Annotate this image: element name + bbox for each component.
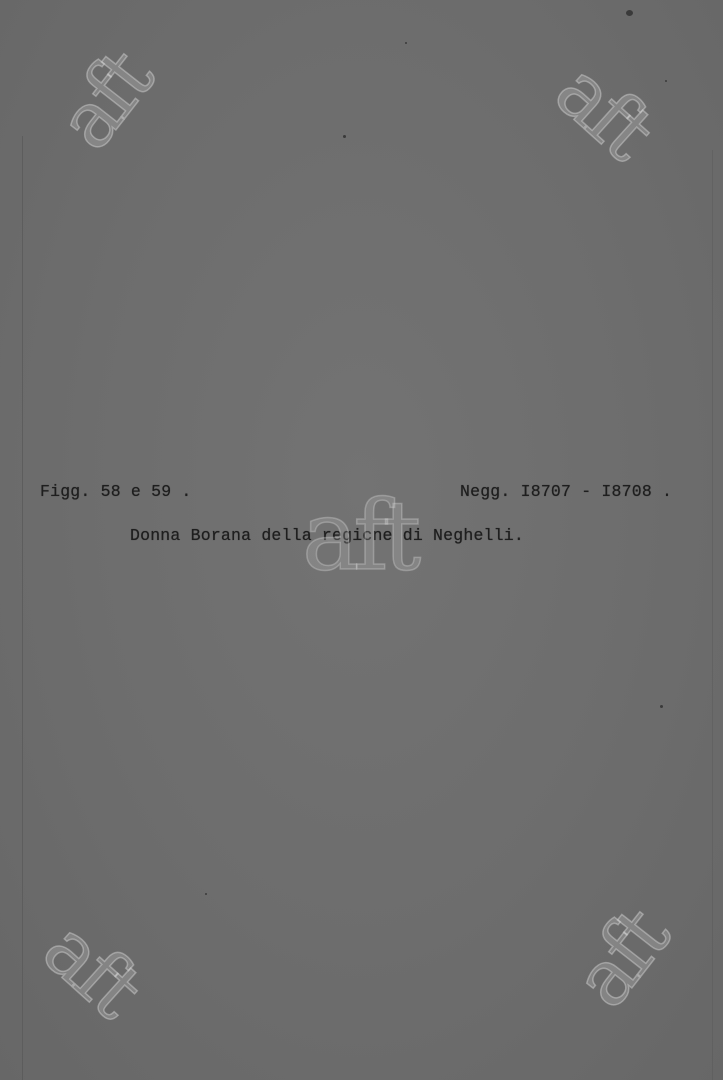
speck (405, 42, 407, 44)
right-edge-line (712, 150, 713, 1080)
speck (343, 135, 346, 138)
figure-reference: Figg. 58 e 59 . (40, 482, 192, 501)
watermark-top-left: aft (45, 40, 165, 163)
speck (660, 705, 663, 708)
speck (665, 80, 667, 82)
archival-card: aft aft aft aft Figg. 58 e 59 . Negg. I8… (0, 0, 723, 1080)
photo-caption: Donna Borana della regicne di Neghelli. (130, 526, 524, 545)
watermark-bottom-left: aft (30, 908, 153, 1029)
speck (205, 893, 207, 895)
left-edge-line (22, 136, 23, 1080)
watermark-top-right: aft (542, 50, 665, 171)
negative-reference: Negg. I8707 - I8708 . (460, 482, 672, 501)
speck (626, 10, 633, 16)
watermark-bottom-right: aft (561, 898, 681, 1021)
